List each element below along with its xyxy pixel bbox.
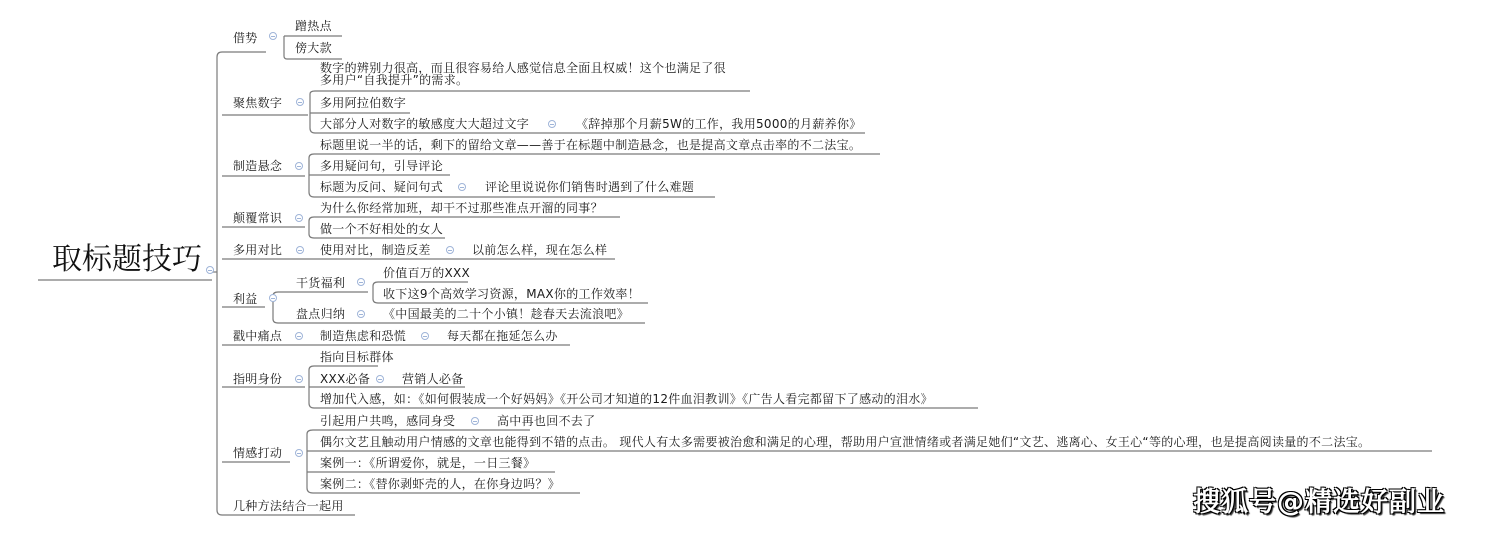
example[interactable]: 以前怎么样，现在怎么样 — [472, 243, 607, 257]
subtopic[interactable]: 干货福利 — [296, 276, 345, 290]
collapse-icon[interactable] — [421, 332, 429, 340]
subtopic[interactable]: 傍大款 — [295, 41, 332, 55]
topic-focus-numbers[interactable]: 聚焦数字 — [233, 96, 282, 110]
subtopic[interactable]: 盘点归纳 — [296, 307, 345, 321]
example[interactable]: 《辞掉那个月薪5W的工作，我用5000的月薪养你》 — [576, 117, 862, 131]
subtopic[interactable]: 标题为反问、疑问句式 — [320, 180, 443, 194]
topic-borrow-trend[interactable]: 借势 — [233, 31, 258, 45]
subtopic[interactable]: XXX必备 — [320, 372, 370, 386]
topic-benefit[interactable]: 利益 — [233, 292, 258, 306]
mindmap-connectors — [0, 0, 1491, 536]
collapse-icon[interactable] — [269, 32, 277, 40]
root-topic[interactable]: 取标题技巧 — [52, 243, 202, 277]
collapse-icon[interactable] — [295, 214, 303, 222]
collapse-icon[interactable] — [458, 183, 466, 191]
collapse-icon[interactable] — [296, 98, 304, 106]
collapse-icon[interactable] — [376, 375, 384, 383]
subtopic[interactable]: 引起用户共鸣，感同身受 — [320, 414, 455, 428]
subtopic[interactable]: 蹭热点 — [295, 19, 332, 33]
subtopic[interactable]: 案例一：《所谓爱你，就是，一日三餐》 — [320, 456, 535, 470]
example[interactable]: 《中国最美的二十个小镇！趁春天去流浪吧》 — [383, 307, 629, 321]
collapse-icon[interactable] — [548, 120, 556, 128]
collapse-icon[interactable] — [357, 310, 365, 318]
topic-specify-identity[interactable]: 指明身份 — [233, 372, 282, 386]
subtopic[interactable]: 多用户“自我提升”的需求。 — [320, 75, 468, 86]
collapse-icon[interactable] — [269, 294, 277, 302]
collapse-icon[interactable] — [295, 162, 303, 170]
topic-combine-methods[interactable]: 几种方法结合一起用 — [233, 499, 344, 513]
subtopic[interactable]: 多用阿拉伯数字 — [320, 96, 406, 110]
subtopic[interactable]: 标题里说一半的话，剩下的留给文章——善于在标题中制造悬念，也是提高文章点击率的不… — [320, 138, 861, 152]
topic-use-contrast[interactable]: 多用对比 — [233, 243, 282, 257]
collapse-icon[interactable] — [206, 266, 214, 274]
collapse-icon[interactable] — [446, 246, 454, 254]
example[interactable]: 高中再也回不去了 — [497, 414, 595, 428]
subtopic[interactable]: 案例二：《替你剥虾壳的人，在你身边吗？》 — [320, 477, 560, 491]
example[interactable]: 评论里说说你们销售时遇到了什么难题 — [485, 180, 694, 194]
topic-subvert-common-sense[interactable]: 颠覆常识 — [233, 211, 282, 225]
subtopic[interactable]: 为什么你经常加班，却干不过那些准点开溜的同事？ — [320, 201, 603, 215]
collapse-icon[interactable] — [295, 375, 303, 383]
example[interactable]: 每天都在拖延怎么办 — [447, 329, 558, 343]
topic-emotional-appeal[interactable]: 情感打动 — [233, 446, 282, 460]
subtopic[interactable]: 增加代入感，如：《如何假装成一个好妈妈》《开公司才知道的12件血泪教训》《广告人… — [320, 392, 933, 406]
collapse-icon[interactable] — [357, 278, 365, 286]
collapse-icon[interactable] — [471, 417, 479, 425]
topic-create-suspense[interactable]: 制造悬念 — [233, 159, 282, 173]
watermark: 搜狐号@精选好副业 — [1193, 486, 1445, 520]
collapse-icon[interactable] — [296, 246, 304, 254]
subtopic[interactable]: 偶尔文艺且触动用户情感的文章也能得到不错的点击。 现代人有太多需要被治愈和满足的… — [320, 435, 1370, 449]
topic-hit-pain-point[interactable]: 戳中痛点 — [233, 329, 282, 343]
subtopic[interactable]: 价值百万的XXX — [383, 266, 470, 280]
subtopic[interactable]: 制造焦虑和恐慌 — [320, 329, 406, 343]
collapse-icon[interactable] — [295, 332, 303, 340]
subtopic[interactable]: 多用疑问句，引导评论 — [320, 159, 443, 173]
collapse-icon[interactable] — [295, 449, 303, 457]
subtopic[interactable]: 指向目标群体 — [320, 350, 394, 364]
subtopic[interactable]: 收下这9个高效学习资源，MAX你的工作效率！ — [383, 287, 640, 301]
example[interactable]: 营销人必备 — [402, 372, 464, 386]
subtopic[interactable]: 大部分人对数字的敏感度大大超过文字 — [320, 117, 529, 131]
subtopic[interactable]: 做一个不好相处的女人 — [320, 222, 443, 236]
subtopic[interactable]: 使用对比，制造反差 — [320, 243, 431, 257]
